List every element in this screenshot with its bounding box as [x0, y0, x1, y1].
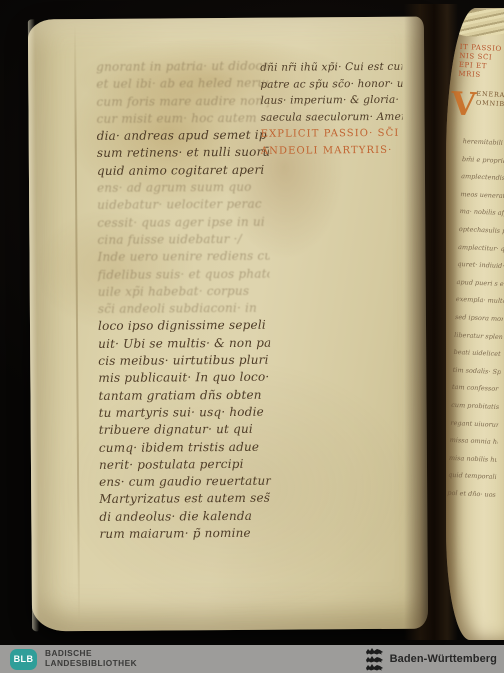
- rubric-text-line: ANDEOLI MARTYRIS·: [261, 142, 403, 160]
- manuscript-text-line: uit· Ubi se multis· & non pau: [98, 334, 270, 352]
- manuscript-text-line: cis meibus· uirtutibus pluri: [98, 352, 270, 370]
- manuscript-text-line: sed ipsora mortuoru: [455, 309, 504, 329]
- leaf-edges-stack: [451, 8, 504, 38]
- parchment-crease: [74, 25, 80, 621]
- manuscript-text-line: gnorant in patria· ut didoce: [96, 58, 268, 76]
- manuscript-text-line: cum foris mare audire non feres·: [96, 92, 268, 110]
- manuscript-text-line: OMNIBVS: [476, 99, 504, 110]
- library-footer-bar: BLB BADISCHE LANDESBIBLIOTHEK Baden-Würt…: [0, 645, 504, 673]
- manuscript-text-line: mis publicauit· In quo loco·: [98, 369, 270, 387]
- rubric-text-line: MR̃IS: [458, 70, 504, 81]
- blb-logo: BLB: [10, 649, 37, 670]
- manuscript-text-line: optechasulis patrono: [458, 221, 504, 241]
- manuscript-text-line: pol et dño· uos a perman: [447, 485, 496, 505]
- rubric-text-line: EXPLICIT PASSIO· SC̃I: [261, 125, 403, 143]
- manuscript-text-line: Martyrizatus est autem ses̃: [99, 490, 271, 508]
- manuscript-text-line: cum probitatis· obse: [451, 397, 500, 417]
- manuscript-text-line: tantam gratiam dñs obten: [98, 386, 270, 404]
- manuscript-text-line: tim sodalis· Splendor: [452, 362, 501, 382]
- manuscript-text-line: quret· indiuid· illas f: [457, 256, 504, 276]
- manuscript-text-line: ma· nobilis affectio· f: [459, 203, 504, 223]
- manuscript-text-line: misa nobilis humanum· f: [448, 450, 497, 470]
- manuscript-text-line: amplectitur· quos etern: [458, 239, 504, 259]
- manuscript-text-line: saecula saeculorum· Amen·: [261, 109, 403, 127]
- manuscript-text-line: beati uidelicet andeoli: [453, 344, 502, 364]
- manuscript-text-line: tribuere dignatur· ut qui: [99, 421, 271, 439]
- manuscript-text-line: loco ipso dignissime sepeli: [98, 317, 270, 335]
- manuscript-text-line: nerit· postulata percipi: [99, 456, 271, 474]
- manuscript-text-line: ens· cum gaudio reuertatur·: [99, 473, 271, 491]
- manuscript-text-line: sc̃i andeoli subdiaconi· in: [98, 300, 270, 318]
- manuscript-text-line: ens· ad agrum suum quo: [97, 179, 269, 197]
- manuscript-text-line: tam confessor C sol: [452, 379, 501, 399]
- closing-lines: dñi nr̃i ihũ xp̃i· Cui est cumpatre ac s…: [260, 59, 402, 126]
- manuscript-text-line: laus· imperium· & gloria· in: [260, 92, 402, 110]
- recto-rubric: IT PASSIONIS SC̃IEPI ETMR̃IS: [458, 43, 504, 81]
- manuscript-text-line: cina fuisse uidebatur ·/: [97, 231, 269, 249]
- manuscript-text-line: amplectendis· quos: [461, 168, 504, 188]
- blb-logo-text: BLB: [14, 654, 34, 664]
- baden-wuerttemberg-branding: Baden-Württemberg: [365, 647, 497, 671]
- text-column-left: gnorant in patria· ut didoceet uel ibi· …: [96, 58, 271, 544]
- manuscript-text-line: sum retinens· et nulli suorū: [97, 144, 269, 162]
- digitized-manuscript-photo: gnorant in patria· ut didoceet uel ibi· …: [0, 0, 504, 673]
- manuscript-text-line: quid animo cogitaret aperi: [97, 161, 269, 179]
- recto-body-text: heremitabili s uolabm̃i e propria donamp…: [447, 133, 504, 504]
- explicit-rubric: EXPLICIT PASSIO· SC̃IANDEOLI MARTYRIS·: [261, 125, 403, 160]
- manuscript-text-line: cessit· quas ager ipse in ui: [97, 213, 269, 231]
- manuscript-text-line: regant uiuorum pp̃tr: [450, 414, 499, 434]
- manuscript-text-line: meos ueneratione d: [460, 186, 504, 206]
- page-edge-highlight: [28, 19, 39, 631]
- manuscript-text-line: tu martyris sui· usq· hodie: [99, 404, 271, 422]
- manuscript-text-line: patre ac sp̃u sc̃o· honor· uirtus·: [260, 75, 402, 93]
- manuscript-text-line: bm̃i e propria don: [462, 151, 504, 171]
- manuscript-text-line: dia· andreas apud semet ip: [97, 127, 269, 145]
- manuscript-text-line: fidelibus suis· et quos phatos: [98, 265, 270, 283]
- manuscript-text-line: cur misit eum· hoc autem: [97, 110, 269, 128]
- manuscript-left-page: gnorant in patria· ut didoceet uel ibi· …: [28, 17, 428, 632]
- region-label: Baden-Württemberg: [390, 653, 497, 665]
- manuscript-text-line: liberatur splendidiss: [454, 326, 503, 346]
- manuscript-text-line: uidebatur· uelociter perac: [97, 196, 269, 214]
- manuscript-text-line: dñi nr̃i ihũ xp̃i· Cui est cum: [260, 59, 402, 77]
- manuscript-text-line: missa omnia habe t empla: [449, 432, 498, 452]
- text-column-right: dñi nr̃i ihũ xp̃i· Cui est cumpatre ac s…: [260, 59, 403, 160]
- manuscript-text-line: Inde uero uenire rediens cum: [97, 248, 269, 266]
- manuscript-text-line: di andeolus· die kalenda: [99, 507, 271, 525]
- baden-wuerttemberg-crest-icon: [365, 647, 384, 671]
- manuscript-text-line: quid temporalis· imo: [448, 467, 497, 487]
- manuscript-text-line: et uel ibi· ab ea heled nerus: [96, 75, 268, 93]
- recto-initial-block: V ENERANOMNIBVS: [450, 88, 504, 121]
- library-name: BADISCHE LANDESBIBLIOTHEK: [45, 649, 137, 668]
- manuscript-right-page: IT PASSIONIS SC̃IEPI ETMR̃IS V ENERANOMN…: [446, 8, 504, 640]
- manuscript-text-line: exempla· multorum: [455, 291, 504, 311]
- manuscript-text-line: apud pueri s eni m: [456, 274, 504, 294]
- manuscript-text-line: heremitabili s uola: [462, 133, 504, 153]
- manuscript-text-line: uile xp̃i habebat· corpus: [98, 283, 270, 301]
- decorated-initial: V: [450, 88, 476, 119]
- photo-backdrop: gnorant in patria· ut didoceet uel ibi· …: [0, 0, 504, 645]
- manuscript-text-line: cumq· ibidem tristis adue: [99, 438, 271, 456]
- library-name-line2: LANDESBIBLIOTHEK: [45, 659, 137, 669]
- initial-caption-lines: ENERANOMNIBVS: [476, 90, 504, 110]
- manuscript-text-line: rum maiarum· p̃ nomine: [99, 525, 271, 543]
